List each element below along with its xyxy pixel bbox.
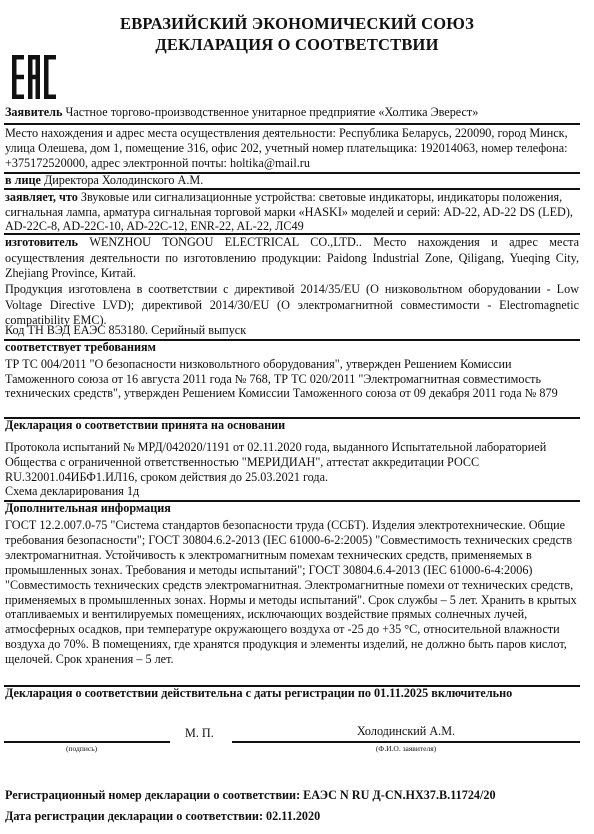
name-caption: (Ф.И.О. заявителя) bbox=[232, 744, 580, 753]
signature-caption: (подпись) bbox=[66, 744, 97, 753]
represented-value: Директора Холодинского А.М. bbox=[44, 173, 203, 187]
address-text: Место нахождения и адрес места осуществл… bbox=[5, 126, 579, 172]
code-text: Код ТН ВЭД ЕАЭС 853180. Серийный выпуск bbox=[5, 323, 579, 338]
stamp-label: М. П. bbox=[185, 726, 214, 741]
applicant-value: Частное торгово-производственное унитарн… bbox=[65, 105, 478, 119]
declares-value: Звуковые или сигнализационные устройства… bbox=[5, 190, 573, 233]
manufacturer-row: изготовитель WENZHOU TONGOU ELECTRICAL C… bbox=[5, 235, 579, 282]
additional-text: ГОСТ 12.2.007.0-75 "Система стандартов б… bbox=[5, 518, 579, 667]
document-title: ДЕКЛАРАЦИЯ О СООТВЕТСТВИИ bbox=[0, 35, 594, 55]
represented-row: в лице Директора Холодинского А.М. bbox=[5, 173, 579, 188]
validity-text: Декларация о соответствии действительна … bbox=[5, 686, 579, 701]
applicant-label: Заявитель bbox=[5, 105, 62, 119]
manufacturer-label: изготовитель bbox=[5, 235, 78, 249]
divider bbox=[4, 123, 580, 125]
union-title: ЕВРАЗИЙСКИЙ ЭКОНОМИЧЕСКИЙ СОЮЗ bbox=[0, 14, 594, 34]
signature-line bbox=[4, 741, 170, 743]
additional-heading: Дополнительная информация bbox=[5, 501, 579, 516]
directives-text: Продукция изготовлена в соответствии с д… bbox=[5, 282, 579, 329]
name-line bbox=[232, 741, 580, 743]
eac-logo-icon bbox=[12, 55, 58, 99]
basis-text: Протокола испытаний № МРД/042020/1191 от… bbox=[5, 440, 579, 485]
declares-row: заявляет, что Звуковые или сигнализацион… bbox=[5, 190, 579, 234]
requirements-text: ТР ТС 004/2011 "О безопасности низковоль… bbox=[5, 357, 579, 401]
registration-date: Дата регистрации декларации о соответств… bbox=[5, 809, 579, 824]
requirements-heading: соответствует требованиям bbox=[5, 340, 579, 355]
basis-heading: Декларация о соответствии принята на осн… bbox=[5, 418, 579, 433]
manufacturer-value: WENZHOU TONGOU ELECTRICAL CO.,LTD.. Мест… bbox=[5, 235, 579, 280]
applicant-row: Заявитель Частное торгово-производственн… bbox=[5, 105, 579, 120]
scheme-text: Схема декларирования 1д bbox=[5, 484, 579, 499]
registration-number: Регистрационный номер декларации о соотв… bbox=[5, 788, 579, 803]
declares-label: заявляет, что bbox=[5, 190, 78, 204]
applicant-name: Холодинский А.М. bbox=[232, 724, 580, 739]
represented-label: в лице bbox=[5, 173, 41, 187]
